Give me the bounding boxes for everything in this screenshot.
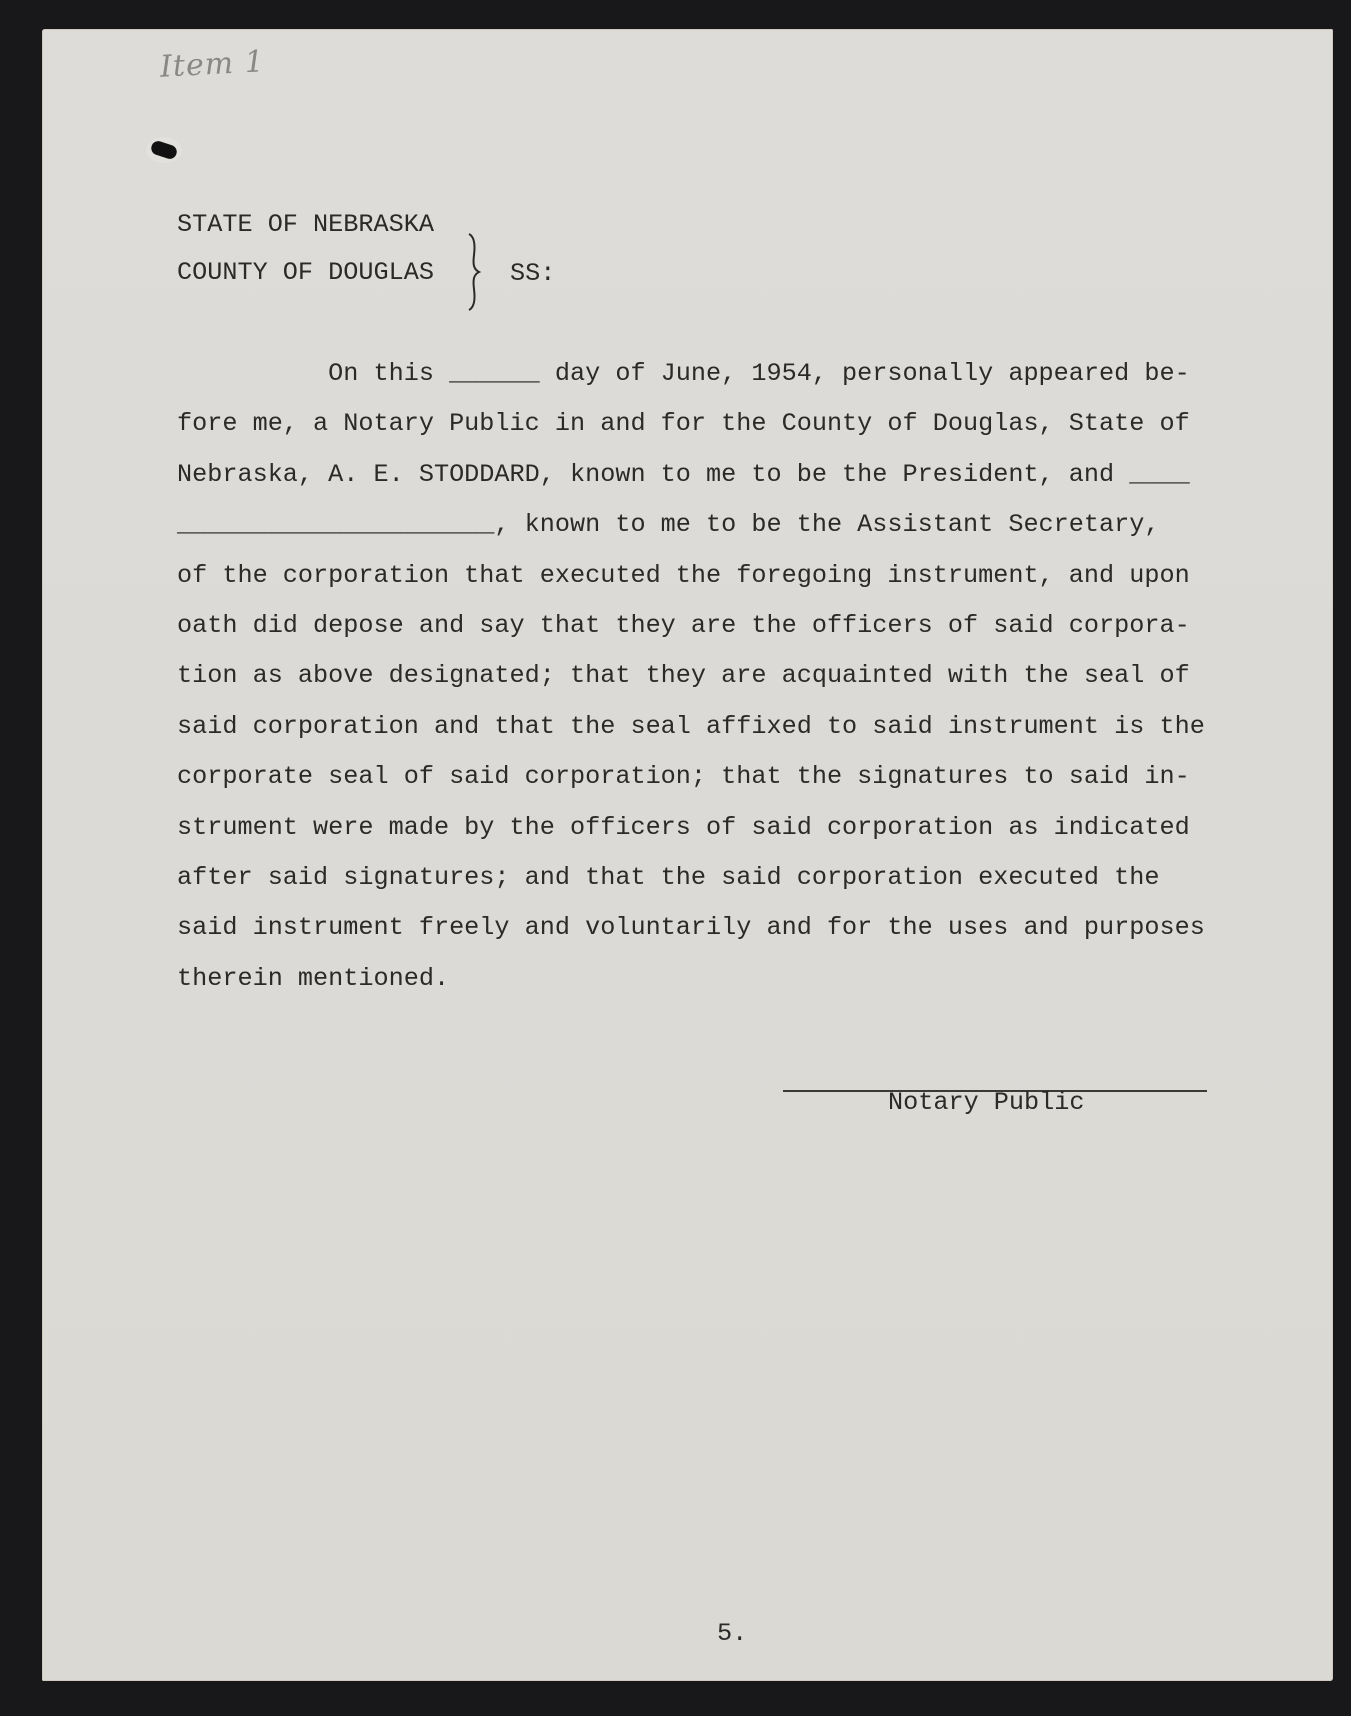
body-line: oath did depose and say that they are th… [177,611,1190,641]
document-page: Item 1 STATE OF NEBRASKA COUNTY OF DOUGL… [42,29,1333,1681]
handwritten-item-note: Item 1 [159,44,265,84]
body-line: said instrument freely and voluntarily a… [177,913,1205,943]
caption-county: COUNTY OF DOUGLAS [177,258,434,288]
body-line: _____________________, known to me to be… [177,510,1159,540]
body-line: after said signatures; and that the said… [177,863,1159,893]
signature-label: Notary Public [888,1088,1085,1118]
page-number: 5. [717,1619,747,1649]
body-line: On this ______ day of June, 1954, person… [177,359,1190,389]
body-line: said corporation and that the seal affix… [177,712,1205,742]
punch-hole [146,137,182,163]
body-line: tion as above designated; that they are … [177,661,1190,691]
body-line: strument were made by the officers of sa… [177,813,1190,843]
caption-ss: SS: [510,259,555,289]
brace-icon [467,233,481,311]
body-line: Nebraska, A. E. STODDARD, known to me to… [177,460,1190,490]
body-line: therein mentioned. [177,964,449,994]
body-line: of the corporation that executed the for… [177,561,1190,591]
caption-state: STATE OF NEBRASKA [177,210,434,240]
body-line: corporate seal of said corporation; that… [177,762,1190,792]
body-line: fore me, a Notary Public in and for the … [177,409,1190,439]
